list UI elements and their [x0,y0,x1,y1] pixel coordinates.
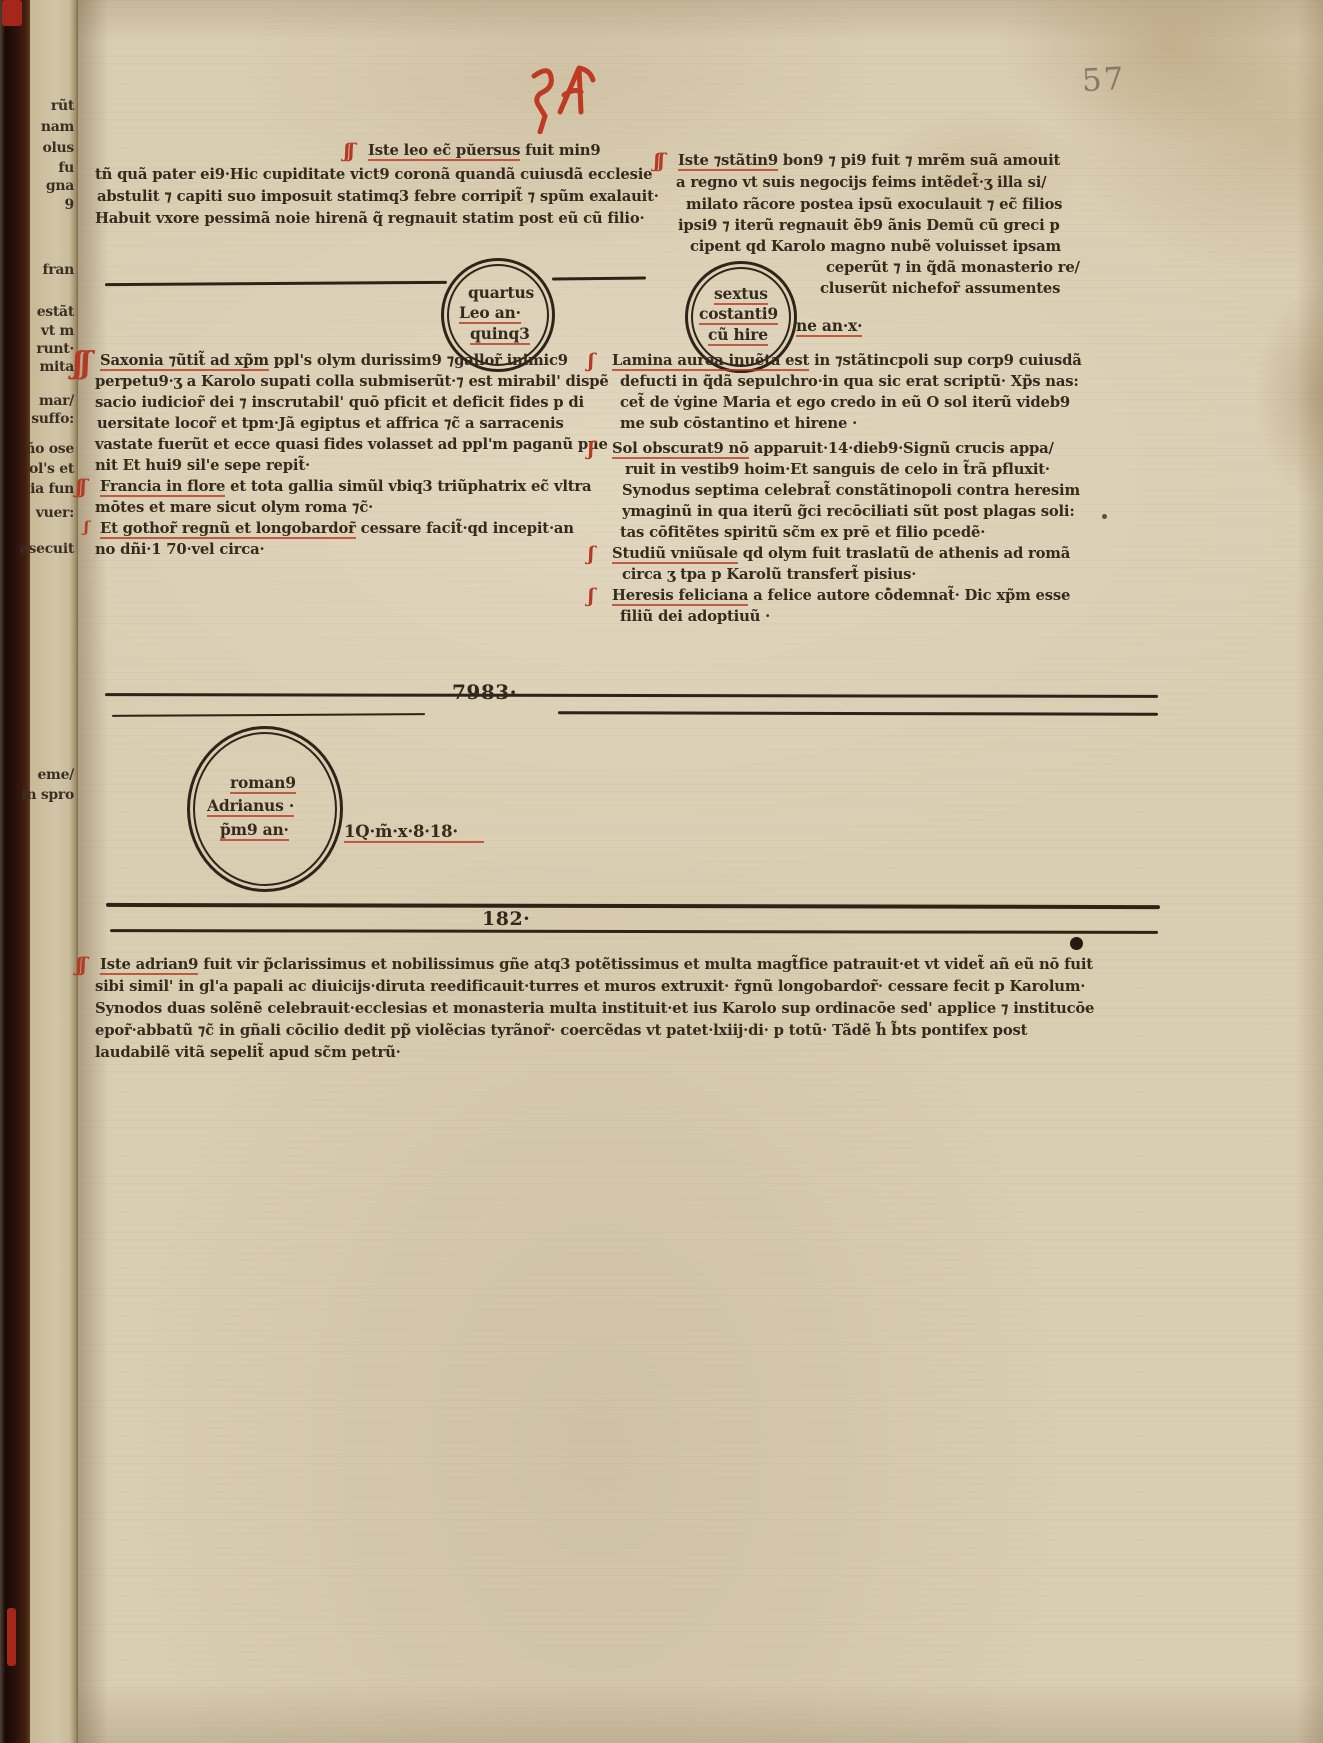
text-line: defucti in q̃dã sepulchro·in qua sic era… [620,373,1079,390]
line-text: qd olym fuit traslatũ de athenis ad romã [738,545,1070,562]
ink-speck [1102,514,1107,519]
text-line: filiũ dei adoptiuũ · [620,608,770,625]
line-text: ppl's olym durissim9 ⁊gallor̃ inimic9 [269,352,568,369]
rubricated-phrase: Sol obscurat9 nō [612,440,749,459]
text-line: ʃʃIste adrian9 fuit vir p̃clarissimus et… [100,956,1093,973]
text-line: ceperũt ⁊ in q̃dã monasterio re/ [826,259,1080,276]
paragraph-mark-icon: ʃ [84,518,87,536]
margin-fragment: ol's et [0,461,77,477]
paragraph-mark-icon: ʃ [588,543,592,565]
text-line: ʃEt gothor̃ regnũ et longobardor̃ cessar… [100,520,574,537]
margin-fragment: estãt [0,304,77,320]
text-line: epor̃·abbatũ ⁊c̃ in gñali cōcilio dedit … [95,1022,1027,1039]
text-line: mōtes et mare sicut olym roma ⁊c̃· [95,499,373,516]
paragraph-mark-icon: ʃʃ [76,476,85,498]
text-line: vastate fuerũt et ecce quasi fides volas… [95,436,608,453]
text-line: a regno vt suis negocijs feims intẽdet̃·… [676,174,1046,191]
text-line: Habuit vxore pessimã noie hirenã q̃ regn… [95,210,644,227]
line-text: apparuit·14·dieb9·Signũ crucis appa/ [749,440,1054,457]
paragraph-mark-icon: ʃʃ [654,150,663,172]
margin-fragment: fu [0,160,77,176]
text-line: abstulit ⁊ capiti suo imposuit statimq3 … [97,188,659,205]
text-line: cipent qd Karolo magno nubẽ voluisset ip… [690,238,1061,255]
text-line: Synodos duas solẽnẽ celebrauit·ecclesias… [95,1000,1094,1017]
ink-dot [1070,937,1083,950]
text-line: ymaginũ in qua iterũ g̃ci recōciliati sũ… [622,503,1075,520]
line-text: 1Q·m̃·x·8·18· [344,822,484,843]
text-line: circa ʒ tpa p Karolũ transfert̃ pisius· [622,566,916,583]
medallion-text-line: quinq3 [470,324,530,345]
text-line: cluserũt nichefor̃ assumentes [820,280,1060,297]
margin-fragment: asecuit [0,541,77,557]
text-line: ʃʃIste leo ec̃ pŭersus fuit min9 [368,142,600,159]
rubric-ornament-icon [522,60,608,134]
text-line: ʃStudiũ vniũsale qd olym fuit traslatũ d… [612,545,1070,562]
margin-fragment: rũt [0,98,77,114]
text-line: milato rãcore postea ipsũ exoculauit ⁊ e… [686,196,1062,213]
medallion-text-line: roman9 [230,773,296,794]
text-line: cet̃ de v̇gine Maria et ego credo in eũ … [620,394,1070,411]
margin-fragment: runt· [0,341,77,357]
line-text: fuit min9 [520,142,600,159]
ink-speck [886,587,890,591]
text-line: Synodus septima celebrat̃ constãtinopoli… [622,482,1080,499]
manuscript-page: { "page": { "folio": "57" }, "marks": { … [0,0,1323,1743]
medallion-text-line: costanti9 [699,304,778,325]
margin-fragment: 9 [0,197,77,213]
line-text: in ⁊stãtincpoli sup corp9 cuiusdã [809,352,1082,369]
rubricated-phrase: Lamina aurea inuẽta est [612,352,809,371]
text-line: no dñi·1 70·vel circa· [95,541,264,558]
text-line: ʃSol obscurat9 nō apparuit·14·dieb9·Sign… [612,440,1054,457]
text-line: laudabilẽ vitã sepelit̃ apud sc̃m petrũ· [95,1044,401,1061]
medallion-adrian-i: roman9 Adrianus · p̃m9 an· [187,726,343,892]
text-line: ruit in vestib9 hoim·Et sanguis de celo … [625,461,1050,478]
text-line: ʃLamina aurea inuẽta est in ⁊stãtincpoli… [612,352,1082,369]
rubricated-phrase: Iste leo ec̃ pŭersus [368,142,520,161]
margin-fragment: in spro [0,787,77,803]
line-text: ne an·x· [796,316,862,337]
text-line: ʃHeresis feliciana a felice autore cōdem… [612,587,1070,604]
text-line: sibi simil' in gl'a papali ac diuicijs·d… [95,978,1085,995]
paragraph-mark-icon: ʃ [588,585,592,607]
text-line: ʃʃSaxonia ⁊ũtit̃ ad xp̃m ppl's olym duri… [100,352,568,369]
rubricated-phrase: Iste ⁊stãtin9 [678,152,778,171]
rubricated-phrase: Saxonia ⁊ũtit̃ ad xp̃m [100,352,269,371]
text-line: perpetu9·ʒ a Karolo supati colla submise… [95,373,609,390]
year-label-lower: 182· [482,908,530,930]
line-text: et tota gallia simũl vbiq3 triũphatrix e… [225,478,591,495]
margin-fragment: suffo: [0,411,77,427]
medallion-text-line: Adrianus · [207,796,294,817]
text-line: ʃʃIste ⁊stãtin9 bon9 ⁊ pi9 fuit ⁊ mrẽm s… [678,152,1060,169]
year-label-upper: 7983· [452,680,517,704]
paragraph-mark-icon: ʃ [588,438,592,460]
medallion-text-line: sextus [714,284,768,305]
line-text: cessare facit̃·qd incepit·an [356,520,574,537]
text-line: uersitate locor̃ et tpm·Jã egiptus et af… [97,415,564,432]
regnal-year-note: 1Q·m̃·x·8·18· [344,822,484,841]
regnal-year-note: ne an·x· [796,316,862,335]
paragraph-mark-icon: ʃʃ [344,140,353,162]
rubricated-phrase: Heresis feliciana [612,587,748,606]
rubricated-phrase: Et gothor̃ regnũ et longobardor̃ [100,520,356,539]
margin-fragment: gna [0,178,77,194]
margin-fragment: ño ose [0,441,77,457]
rubricated-phrase: Studiũ vniũsale [612,545,738,564]
medallion-text-line: cũ hire [708,325,768,346]
text-line: sacio iudicior̃ dei ⁊ inscrutabil' quō p… [95,394,584,411]
text-line: ʃʃFrancia in flore et tota gallia simũl … [100,478,591,495]
margin-fragment: nam [0,119,77,135]
line-text: a felice autore cōdemnat̃· Dic xp̃m esse [748,587,1070,604]
margin-fragment: vuer: [0,505,77,521]
margin-fragment: vt m [0,323,77,339]
text-line: me sub cōstantino et hirene · [620,415,857,432]
binding-red-mark [7,1608,16,1666]
text-line: ipsi9 ⁊ iterũ regnauit ẽb9 ãnis Demũ cũ … [678,217,1060,234]
margin-fragment: mar/ [0,393,77,409]
folio-number: 57 [1081,61,1126,99]
margin-fragment: eme/ [0,767,77,783]
line-text: bon9 ⁊ pi9 fuit ⁊ mrẽm suã amouit [778,152,1060,169]
medallion-text-line: p̃m9 an· [220,820,289,841]
paragraph-mark-icon: ʃʃ [76,954,85,976]
medallion-text-line: quartus [468,283,534,302]
margin-fragment: fran [0,262,77,278]
rubricated-phrase: Iste adrian9 [100,956,198,975]
paragraph-mark-icon: ʃʃ [73,346,89,381]
line-text: fuit vir p̃clarissimus et nobilissimus g… [198,956,1093,973]
margin-fragment: mita [0,359,77,375]
margin-fragment: olus [0,140,77,156]
medallion-text-line: Leo an· [459,303,521,324]
margin-fragment: ia fun [0,481,77,497]
text-line: tas cōfitẽtes spiritũ sc̃m ex prē et fil… [620,524,985,541]
text-line: tñ quã pater ei9·Hic cupiditate vict9 co… [95,166,652,183]
binding-red-mark [2,0,22,26]
text-line: nit Et hui9 sil'e sepe repit̃· [95,457,310,474]
rubricated-phrase: Francia in flore [100,478,225,497]
paragraph-mark-icon: ʃ [588,350,592,372]
